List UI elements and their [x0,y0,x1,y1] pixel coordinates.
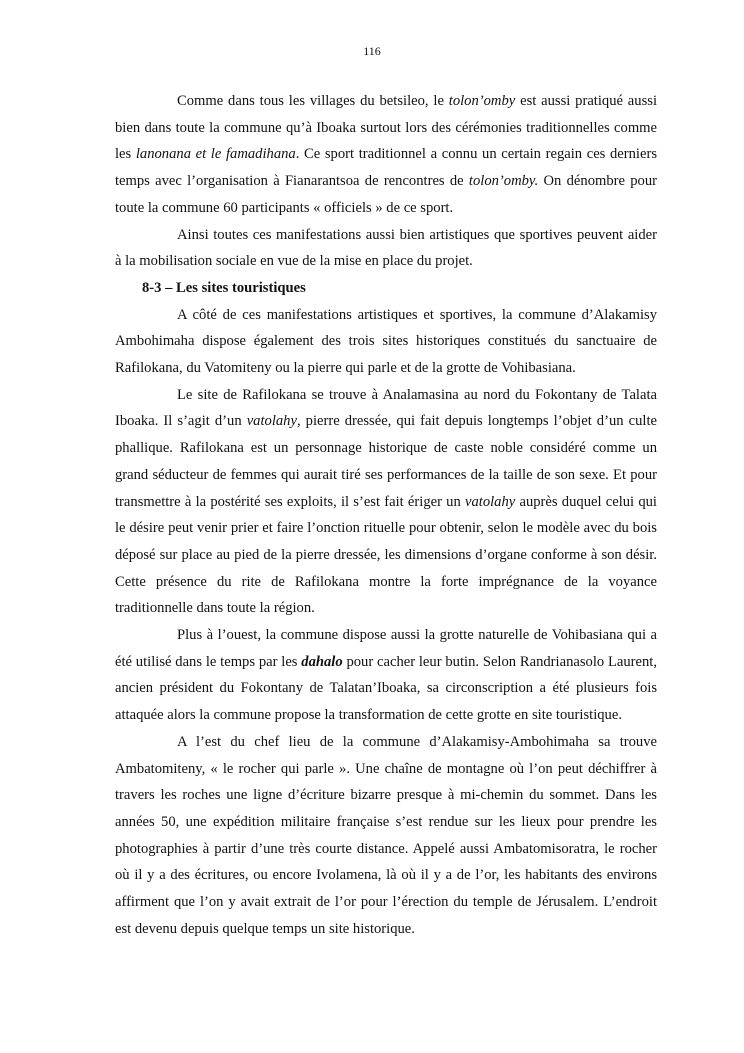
paragraph-sites-historiques: A côté de ces manifestations artistiques… [115,302,657,382]
paragraph-ambatomiteny: A l’est du chef lieu de la commune d’Ala… [115,729,657,943]
text-segment-italic: vatolahy [465,494,515,510]
text-segment-italic: lanonana et le famadihana [136,146,296,162]
document-body: Comme dans tous les villages du betsileo… [115,88,657,943]
text-segment-italic: vatolahy [247,413,297,429]
paragraph-vohibasiana: Plus à l’ouest, la commune dispose aussi… [115,622,657,729]
text-segment: A côté de ces manifestations artistiques… [115,307,657,376]
text-segment-italic: tolon’omby [449,93,515,109]
text-segment-italic: tolon’omby. [469,173,538,189]
text-segment: Comme dans tous les villages du betsileo… [177,93,449,109]
text-segment: Ainsi toutes ces manifestations aussi bi… [115,227,657,270]
text-segment: auprès duquel celui qui le désire peut v… [115,494,657,617]
section-heading: 8-3 – Les sites touristiques [115,275,657,302]
text-segment-bold-italic: dahalo [301,654,342,670]
text-segment: A l’est du chef lieu de la commune d’Ala… [115,734,657,937]
paragraph-mobilisation: Ainsi toutes ces manifestations aussi bi… [115,222,657,275]
page-number: 116 [0,44,744,58]
paragraph-rafilokana: Le site de Rafilokana se trouve à Analam… [115,382,657,622]
paragraph-tolonomby: Comme dans tous les villages du betsileo… [115,88,657,222]
